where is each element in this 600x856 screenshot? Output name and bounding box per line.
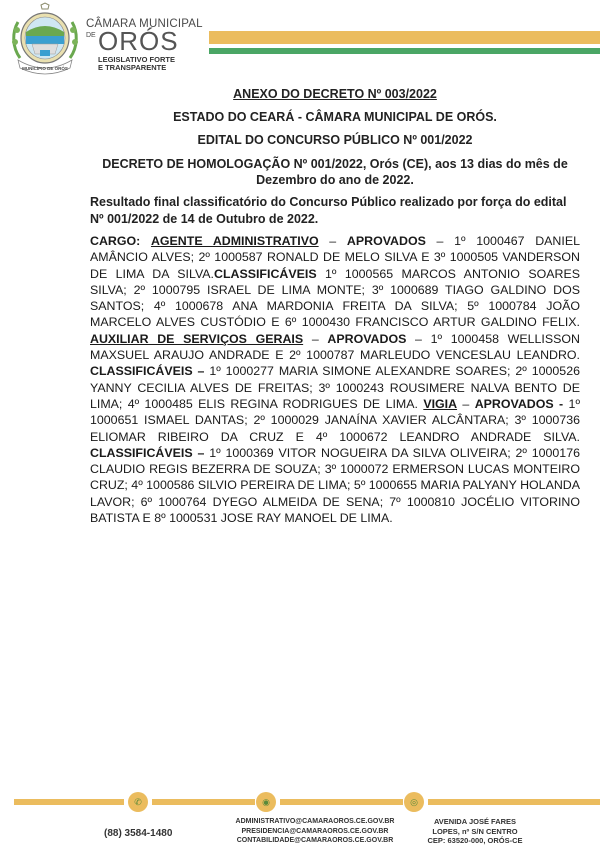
aprovados-label: APROVADOS [347,234,426,248]
document-subtitle-decreto: DECRETO DE HOMOLOGAÇÃO Nº 001/2022, Orós… [80,156,590,188]
aprovados-label: APROVADOS [327,332,406,346]
municipal-crest-logo: MUNICÍPIO DE ORÓS [10,2,80,78]
svg-text:MUNICÍPIO DE ORÓS: MUNICÍPIO DE ORÓS [22,64,68,71]
footer-line [152,799,255,805]
footer-address: AVENIDA JOSÉ FARES LOPES, nº S/N CENTRO … [415,817,535,845]
intro-paragraph: Resultado final classificatório do Concu… [90,194,580,227]
cargo-label: CARGO: [90,234,140,248]
cargo-auxiliar-servicos-gerais: AUXILIAR DE SERVIÇOS GERAIS [90,332,303,346]
footer-phone: (88) 3584-1480 [104,828,172,839]
brand-de: DE [86,32,96,39]
footer-line [428,799,600,805]
document-title: ANEXO DO DECRETO Nº 003/2022 [80,87,590,101]
classificaveis-label: CLASSIFICÁVEIS [90,446,193,460]
cargo-agente-administrativo: AGENTE ADMINISTRATIVO [151,234,319,248]
document-subtitle-edital: EDITAL DO CONCURSO PÚBLICO Nº 001/2022 [80,133,590,147]
footer-line [14,799,124,805]
footer-email: CONTABILIDADE@CAMARAOROS.CE.GOV.BR [225,836,405,845]
cargo-vigia: VIGIA [423,397,457,411]
brand-tagline: LEGISLATIVO FORTE E TRANSPARENTE [98,56,175,72]
brand-block: CÂMARA MUNICIPAL DE ORÓS LEGISLATIVO FOR… [86,18,206,30]
results-paragraph: CARGO: AGENTE ADMINISTRATIVO – APROVADOS… [90,233,580,526]
footer-email: PRESIDENCIA@CAMARAOROS.CE.GOV.BR [225,827,405,837]
header-stripe-yellow [209,31,600,44]
email-icon: ◉ [256,792,276,812]
brand-name: ORÓS [98,28,179,54]
location-icon: ◎ [404,792,424,812]
document-subtitle-state: ESTADO DO CEARÁ - CÂMARA MUNICIPAL DE OR… [80,110,590,124]
footer-email: ADMINISTRATIVO@CAMARAOROS.CE.GOV.BR [225,817,405,827]
footer-line [280,799,403,805]
aprovados-label: APROVADOS [475,397,554,411]
letterhead: MUNICÍPIO DE ORÓS CÂMARA MUNICIPAL DE OR… [0,0,600,80]
document-titles: ANEXO DO DECRETO Nº 003/2022 ESTADO DO C… [80,87,590,188]
header-stripe-green [209,48,600,54]
classificaveis-label: CLASSIFICÁVEIS [90,364,193,378]
footer-emails: ADMINISTRATIVO@CAMARAOROS.CE.GOV.BR PRES… [225,817,405,845]
phone-icon: ✆ [128,792,148,812]
classificaveis-label: CLASSIFICÁVEIS [214,267,317,281]
